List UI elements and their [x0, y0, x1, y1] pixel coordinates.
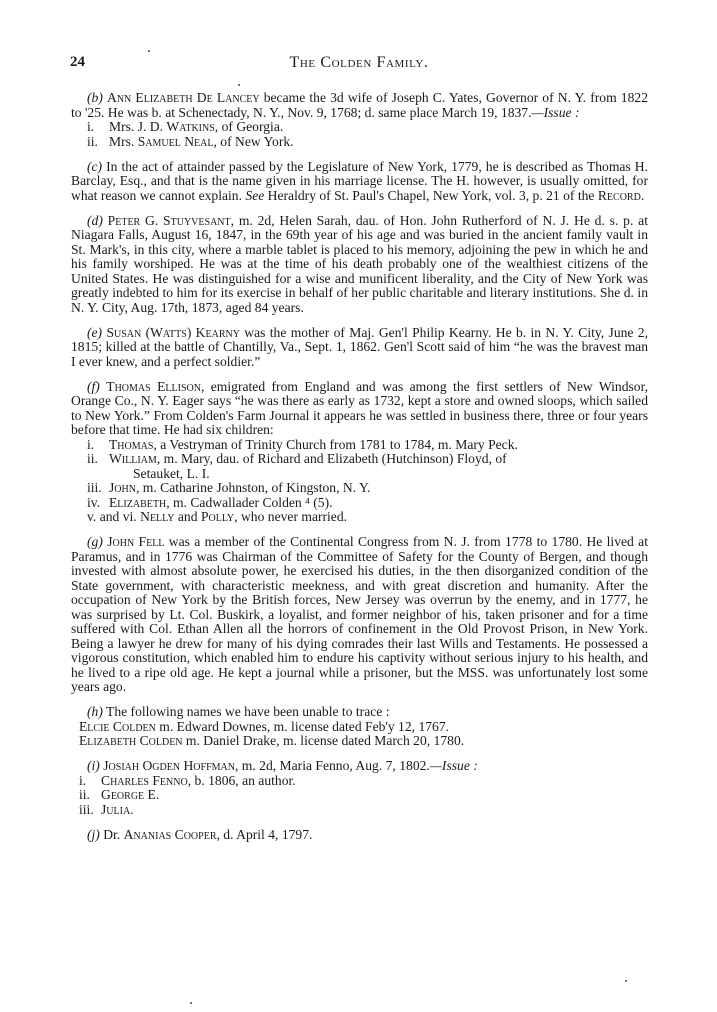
person-name: Thomas: [109, 437, 153, 452]
note-text: , d. April 4, 1797.: [217, 827, 313, 842]
note-d: (d) Peter G. Stuyvesant, m. 2d, Helen Sa…: [71, 214, 648, 316]
list-text: , of New York.: [213, 134, 293, 149]
person-name: George E.: [101, 787, 159, 802]
person-name: Josiah Ogden Hoffman: [103, 758, 235, 773]
book-page: 24 The Colden Family. (b) Ann Elizabeth …: [0, 0, 717, 1012]
list-text: Mrs.: [109, 134, 138, 149]
list-item: ii.George E.: [71, 788, 648, 803]
note-i: (i) Josiah Ogden Hoffman, m. 2d, Maria F…: [71, 759, 648, 774]
person-name: Ann Elizabeth De Lancey: [107, 90, 260, 105]
note-e: (e) Susan (Watts) Kearny was the mother …: [71, 326, 648, 370]
person-name: Watkins: [166, 119, 214, 134]
issue-label: —Issue :: [532, 105, 580, 120]
list-number: iv.: [87, 496, 109, 511]
person-name: Elizabeth: [109, 495, 166, 510]
list-text: m. Daniel Drake, m. license dated March …: [183, 733, 465, 748]
person-name: Susan (Watts) Kearny: [106, 325, 240, 340]
note-label: (g): [87, 534, 103, 549]
person-name: Thomas Ellison: [106, 379, 201, 394]
list-text: and: [175, 509, 201, 524]
list-text: , m. Catharine Johnston, of Kingston, N.…: [136, 480, 371, 495]
person-name: Samuel Neal: [138, 134, 214, 149]
note-text: The following names we have been unable …: [103, 704, 390, 719]
list-item-continuation: Setauket, L. I.: [71, 467, 648, 482]
list-item: v. and vi. Nelly and Polly, who never ma…: [71, 510, 648, 525]
person-name: Elizabeth Colden: [79, 733, 183, 748]
list-item: ii.William, m. Mary, dau. of Richard and…: [71, 452, 648, 467]
note-h: (h) The following names we have been una…: [71, 705, 648, 720]
list-text: , m. Mary, dau. of Richard and Elizabeth…: [157, 451, 507, 466]
list-number: ii.: [87, 135, 109, 150]
list-item: iv.Elizabeth, m. Cadwallader Colden ⁴ (5…: [71, 496, 648, 511]
note-label: (i): [87, 758, 100, 773]
list-number: ii.: [87, 452, 109, 467]
note-text: Heraldry of St. Paul's Chapel, New York,…: [264, 188, 598, 203]
person-name: Polly: [201, 509, 234, 524]
list-number: i.: [87, 120, 109, 135]
person-name: John: [109, 480, 136, 495]
list-number: iii.: [87, 481, 109, 496]
note-text: Dr.: [100, 827, 124, 842]
page-body: (b) Ann Elizabeth De Lancey became the 3…: [71, 91, 648, 853]
note-text: was a member of the Continental Congress…: [71, 534, 648, 694]
note-text: , m. 2d, Helen Sarah, dau. of Hon. John …: [71, 213, 648, 315]
list-item: i.Thomas, a Vestryman of Trinity Church …: [71, 438, 648, 453]
scan-speck: [190, 1002, 192, 1004]
note-label: (f): [87, 379, 100, 394]
list-item: i.Mrs. J. D. Watkins, of Georgia.: [71, 120, 648, 135]
list-text: m. Edward Downes, m. license dated Feb'y…: [156, 719, 449, 734]
person-name: Charles Fenno: [101, 773, 188, 788]
person-name: William: [109, 451, 157, 466]
note-b-children: i.Mrs. J. D. Watkins, of Georgia. ii.Mrs…: [71, 120, 648, 149]
list-text: , m. Cadwallader Colden ⁴ (5).: [166, 495, 332, 510]
scan-speck: [148, 50, 150, 52]
list-item: Elizabeth Colden m. Daniel Drake, m. lic…: [71, 734, 648, 749]
note-i-children: i.Charles Fenno, b. 1806, an author. ii.…: [71, 774, 648, 818]
list-number: v. and vi.: [87, 509, 137, 524]
list-number: i.: [79, 774, 101, 789]
see-label: See: [245, 188, 264, 203]
note-label: (e): [87, 325, 102, 340]
person-name: Julia.: [101, 802, 134, 817]
note-h-entries: Elcie Colden m. Edward Downes, m. licens…: [71, 720, 648, 749]
list-item: ii.Mrs. Samuel Neal, of New York.: [71, 135, 648, 150]
list-text: , of Georgia.: [215, 119, 283, 134]
scan-speck: [238, 84, 240, 86]
list-text: Mrs. J. D.: [109, 119, 166, 134]
person-name: Ananias Cooper: [124, 827, 217, 842]
note-g: (g) John Fell was a member of the Contin…: [71, 535, 648, 695]
note-label: (c): [87, 159, 102, 174]
note-f: (f) Thomas Ellison, emigrated from Engla…: [71, 380, 648, 438]
page-header: 24 The Colden Family.: [70, 54, 648, 74]
issue-label: —Issue :: [430, 758, 478, 773]
person-name: Nelly: [140, 509, 174, 524]
list-number: i.: [87, 438, 109, 453]
running-title: The Colden Family.: [70, 54, 648, 72]
list-text: , a Vestryman of Trinity Church from 178…: [153, 437, 518, 452]
scan-speck: [625, 980, 627, 982]
note-label: (b): [87, 90, 103, 105]
list-number: ii.: [79, 788, 101, 803]
person-name: Peter G. Stuyvesant: [108, 213, 231, 228]
list-number: iii.: [79, 803, 101, 818]
person-name: Elcie Colden: [79, 719, 156, 734]
list-text: , b. 1806, an author.: [188, 773, 296, 788]
list-item: i.Charles Fenno, b. 1806, an author.: [71, 774, 648, 789]
note-j: (j) Dr. Ananias Cooper, d. April 4, 1797…: [71, 828, 648, 843]
list-item: Elcie Colden m. Edward Downes, m. licens…: [71, 720, 648, 735]
list-item: iii.John, m. Catharine Johnston, of King…: [71, 481, 648, 496]
person-name: John Fell: [107, 534, 164, 549]
list-item: iii.Julia.: [71, 803, 648, 818]
list-text: , who never married.: [234, 509, 347, 524]
note-label: (d): [87, 213, 103, 228]
note-label: (j): [87, 827, 100, 842]
record-reference: Record.: [598, 188, 644, 203]
note-f-children: i.Thomas, a Vestryman of Trinity Church …: [71, 438, 648, 525]
note-c: (c) In the act of attainder passed by th…: [71, 160, 648, 204]
note-text: , m. 2d, Maria Fenno, Aug. 7, 1802.: [235, 758, 430, 773]
note-label: (h): [87, 704, 103, 719]
note-b: (b) Ann Elizabeth De Lancey became the 3…: [71, 91, 648, 120]
